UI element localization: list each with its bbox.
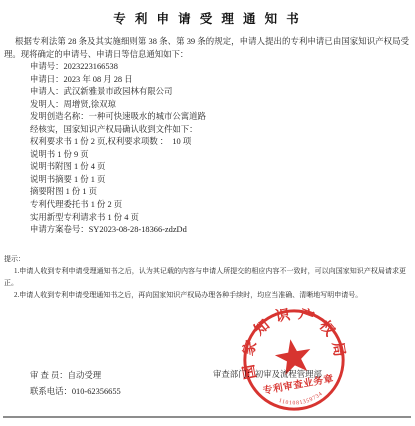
field-utility-model-request: 实用新型专利请求书 1 份 4 页 [30, 212, 400, 225]
field-case-docket-number: 申请方案卷号：SY2023-08-28-18366-zdzDd [30, 224, 400, 237]
seal-serial-number: 1101081359734 [277, 390, 325, 410]
intro-paragraph: 根据专利法第 28 条及其实施细则第 38 条、第 39 条的规定，申请人提出的… [4, 36, 409, 61]
patent-acceptance-notice-page: 专 利 申 请 受 理 通 知 书 根据专利法第 28 条及其实施细则第 38 … [0, 0, 415, 426]
field-documents-received-heading: 经核实，国家知识产权局确认收到文件如下： [30, 124, 400, 137]
field-application-date: 申请日：2023 年 08 月 28 日 [30, 74, 400, 87]
page-title: 专 利 申 请 受 理 通 知 书 [0, 9, 415, 27]
notes-section: 提示： 1.申请人收到专利申请受理通知书之后，认为其记载的内容与申请人所提交的相… [4, 253, 406, 301]
application-fields: 申请号：2023223166538 申请日：2023 年 08 月 28 日 申… [30, 61, 400, 237]
field-invention-title: 发明创造名称：一种可快速吸水的城市公寓道路 [30, 111, 400, 124]
notes-heading: 提示： [4, 253, 406, 265]
field-power-of-attorney: 专利代理委托书 1 份 2 页 [30, 199, 400, 212]
field-inventors: 发明人：周增贤,徐双琼 [30, 99, 400, 112]
field-claims: 权利要求书 1 份 2 页,权利要求项数 ： 10 项 [30, 136, 400, 149]
phone-line: 联系电话：010-62356655 [30, 385, 121, 397]
footer-divider [3, 416, 411, 418]
official-seal: 国家知识产权局 专利审查业务章 1101081359734 [240, 306, 348, 414]
department-line: 审查部门：初审及流程管理部 [213, 368, 322, 380]
field-abstract: 说明书摘要 1 份 1 页 [30, 174, 400, 187]
field-specification: 说明书 1 份 9 页 [30, 149, 400, 162]
field-application-number: 申请号：2023223166538 [30, 61, 400, 74]
examiner-line: 审 查 员：自动受理 [30, 369, 101, 381]
field-abstract-drawing: 摘要附图 1 份 1 页 [30, 186, 400, 199]
field-drawings: 说明书附图 1 份 4 页 [30, 161, 400, 174]
note-item-1: 1.申请人收到专利申请受理通知书之后，认为其记载的内容与申请人所提交的相应内容不… [4, 265, 406, 289]
seal-ring [240, 306, 348, 414]
note-item-2: 2.申请人收到专利申请受理通知书之后，再向国家知识产权局办理各种手续时，均应当准… [4, 289, 406, 301]
field-applicant: 申请人：武汉新雅景市政园林有限公司 [30, 86, 400, 99]
